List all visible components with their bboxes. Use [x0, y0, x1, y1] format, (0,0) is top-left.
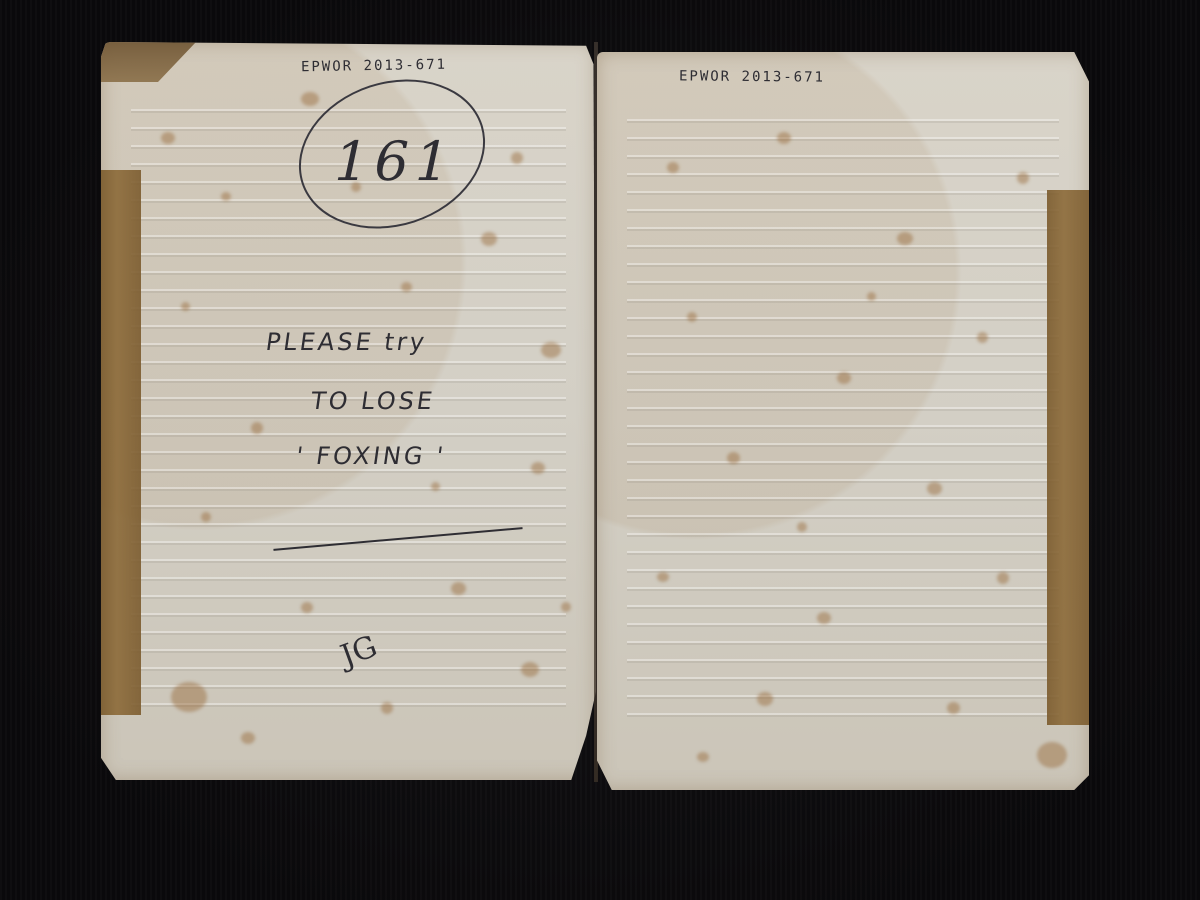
tape-strip-left	[101, 170, 141, 715]
note-line-1: PLEASE try	[264, 328, 429, 356]
tape-strip-right	[1047, 190, 1089, 725]
tape-corner-top-left	[101, 42, 196, 82]
note-line-2: TO LOSE	[309, 387, 437, 415]
circled-page-number: 161	[327, 130, 461, 193]
left-page: EPWOR 2013-671 161 PLEASE try TO LOSE ' …	[101, 42, 596, 780]
accession-number-left: EPWOR 2013-671	[301, 57, 447, 76]
right-page: EPWOR 2013-671	[597, 52, 1089, 790]
note-line-3: ' FOXING '	[294, 442, 448, 470]
accession-number-right: EPWOR 2013-671	[679, 68, 825, 85]
braille-text-lines	[627, 112, 1059, 730]
